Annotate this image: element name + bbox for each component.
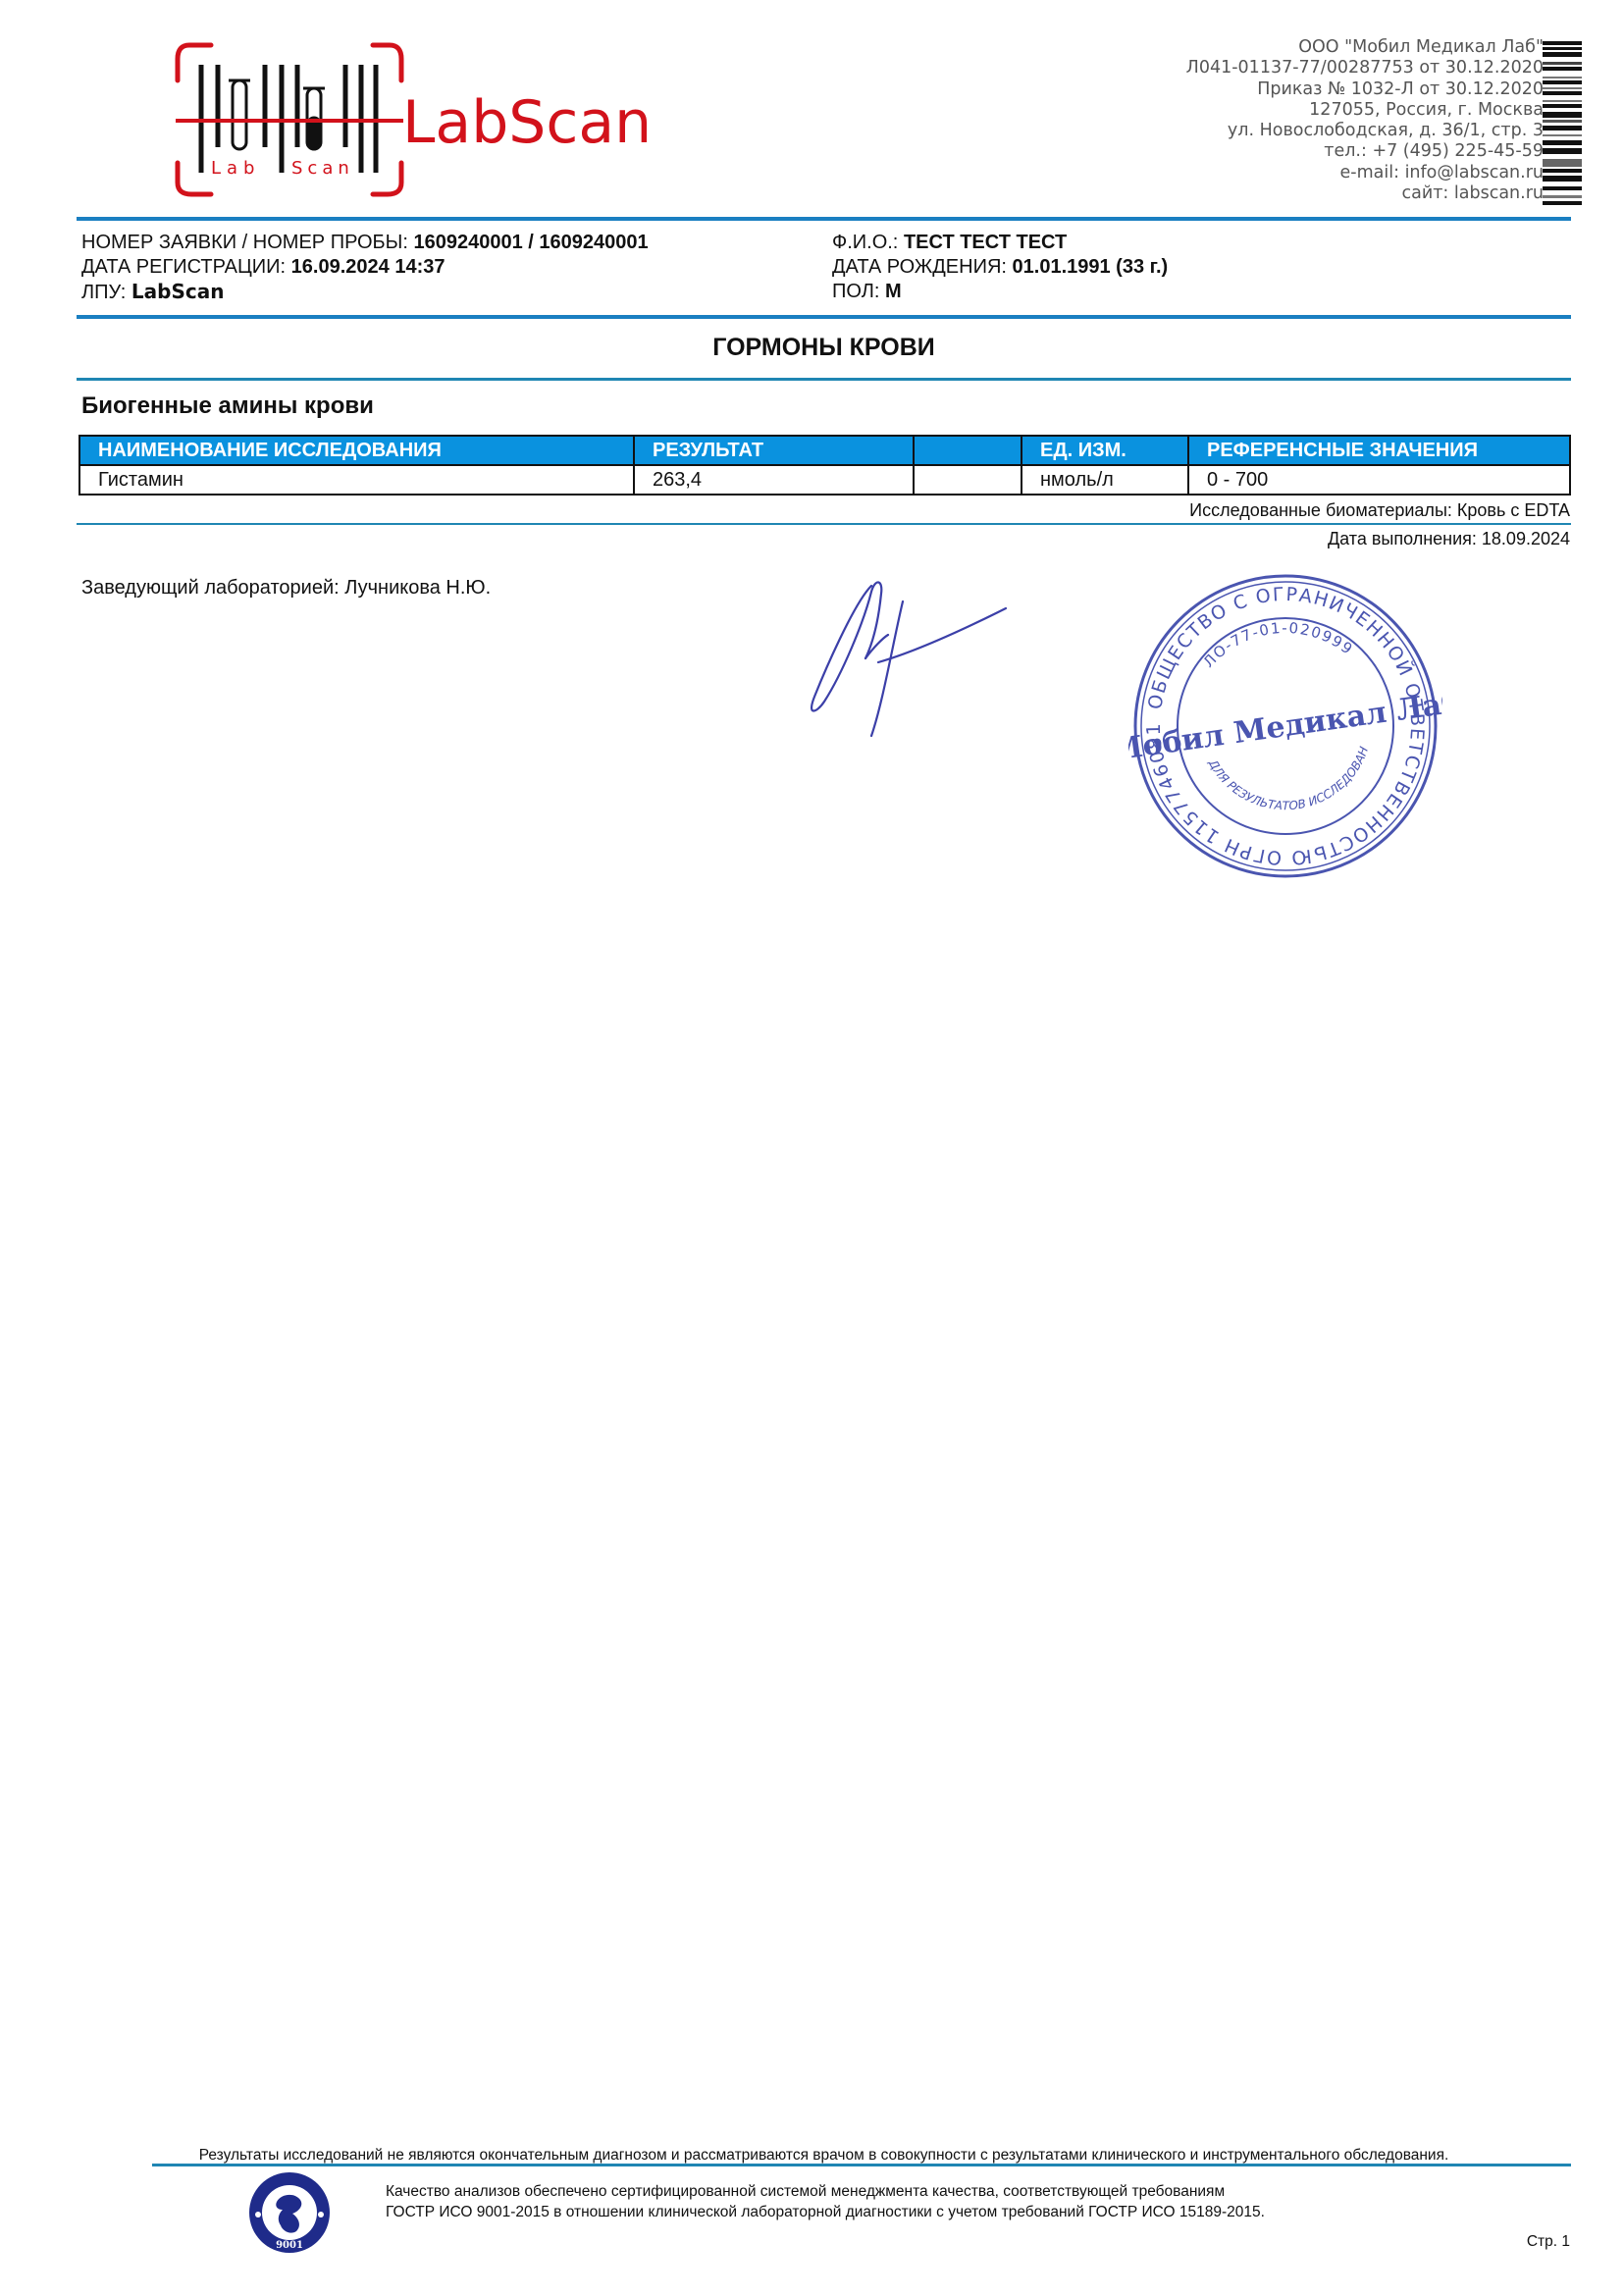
units-cell: нмоль/л	[1022, 465, 1188, 495]
result-cell: 263,4	[634, 465, 914, 495]
biomaterial-divider	[77, 523, 1571, 525]
iso-certification-icon: 9001	[247, 2170, 332, 2255]
biomaterial-note: Исследованные биоматериалы: Кровь с EDTA	[1189, 500, 1570, 521]
svg-text:9001: 9001	[276, 2240, 303, 2251]
header-divider-bottom	[77, 315, 1571, 319]
section-title: Биогенные амины крови	[81, 392, 374, 420]
lpu-label: ЛПУ:	[81, 282, 126, 303]
company-street: ул. Новослободская, д. 36/1, стр. 3	[1033, 121, 1544, 141]
footer-divider	[152, 2164, 1571, 2166]
patient-name-row: Ф.И.О.: ТЕСТ ТЕСТ ТЕСТ	[832, 231, 1168, 255]
labscan-logo: Lab Scan LabScan	[172, 39, 662, 201]
column-header-test-name: НАИМЕНОВАНИЕ ИССЛЕДОВАНИЯ	[79, 436, 634, 465]
column-header-result: РЕЗУЛЬТАТ	[634, 436, 914, 465]
page-number: Стр. 1	[1527, 2233, 1570, 2251]
company-info: ООО "Мобил Медикал Лаб" Л041-01137-77/00…	[1033, 37, 1544, 204]
barcode-logo-icon: Lab Scan	[172, 39, 407, 201]
lpu-value: LabScan	[131, 280, 225, 303]
company-site: сайт: labscan.ru	[1033, 183, 1544, 204]
quality-line-2: ГОСТР ИСО 9001-2015 в отношении клиничес…	[386, 2202, 1265, 2222]
patient-info: Ф.И.О.: ТЕСТ ТЕСТ ТЕСТ ДАТА РОЖДЕНИЯ: 01…	[832, 231, 1168, 304]
birth-date-value: 01.01.1991 (33 г.)	[1013, 256, 1169, 278]
report-title: ГОРМОНЫ КРОВИ	[77, 334, 1571, 362]
sex-value: М	[885, 281, 902, 302]
table-header-row: НАИМЕНОВАНИЕ ИССЛЕДОВАНИЯ РЕЗУЛЬТАТ ЕД. …	[79, 436, 1570, 465]
reference-cell: 0 - 700	[1188, 465, 1570, 495]
registration-date-value: 16.09.2024 14:37	[291, 256, 445, 278]
column-header-units: ЕД. ИЗМ.	[1022, 436, 1188, 465]
test-name-cell: Гистамин	[79, 465, 634, 495]
birth-date-row: ДАТА РОЖДЕНИЯ: 01.01.1991 (33 г.)	[832, 255, 1168, 280]
svg-text:Scan: Scan	[291, 158, 354, 179]
barcode-icon	[1543, 41, 1582, 210]
company-phone: тел.: +7 (495) 225-45-59	[1033, 141, 1544, 162]
registration-date-row: ДАТА РЕГИСТРАЦИИ: 16.09.2024 14:37	[81, 255, 649, 280]
company-name: ООО "Мобил Медикал Лаб"	[1033, 37, 1544, 58]
sex-row: ПОЛ: М	[832, 280, 1168, 304]
patient-name-label: Ф.И.О.:	[832, 232, 898, 253]
company-license: Л041-01137-77/00287753 от 30.12.2020	[1033, 58, 1544, 78]
registration-date-label: ДАТА РЕГИСТРАЦИИ:	[81, 256, 286, 278]
lpu-row: ЛПУ: LabScan	[81, 280, 649, 305]
completion-date: Дата выполнения: 18.09.2024	[1328, 529, 1570, 549]
birth-date-label: ДАТА РОЖДЕНИЯ:	[832, 256, 1007, 278]
title-divider	[77, 378, 1571, 381]
quality-statement: Качество анализов обеспечено сертифициро…	[386, 2181, 1265, 2222]
sex-label: ПОЛ:	[832, 281, 879, 302]
column-header-flag	[914, 436, 1022, 465]
company-order: Приказ № 1032-Л от 30.12.2020	[1033, 79, 1544, 100]
signature-icon	[746, 564, 1040, 760]
company-stamp-icon: ОБЩЕСТВО С ОГРАНИЧЕННОЙ ОТВЕТСТВЕННОСТЬЮ…	[1128, 569, 1442, 883]
results-table: НАИМЕНОВАНИЕ ИССЛЕДОВАНИЯ РЕЗУЛЬТАТ ЕД. …	[79, 435, 1571, 496]
order-number-value: 1609240001 / 1609240001	[413, 232, 648, 253]
order-number-label: НОМЕР ЗАЯВКИ / НОМЕР ПРОБЫ:	[81, 232, 408, 253]
order-number-row: НОМЕР ЗАЯВКИ / НОМЕР ПРОБЫ: 1609240001 /…	[81, 231, 649, 255]
company-city: 127055, Россия, г. Москва	[1033, 100, 1544, 121]
head-of-lab: Заведующий лабораторией: Лучникова Н.Ю.	[81, 577, 491, 600]
svg-text:«Мобил Медикал Лаб»: «Мобил Медикал Лаб»	[1128, 682, 1442, 770]
disclaimer: Результаты исследований не являются окон…	[77, 2147, 1571, 2165]
column-header-reference: РЕФЕРЕНСНЫЕ ЗНАЧЕНИЯ	[1188, 436, 1570, 465]
svg-text:Lab: Lab	[211, 158, 260, 179]
flag-cell	[914, 465, 1022, 495]
table-row: Гистамин 263,4 нмоль/л 0 - 700	[79, 465, 1570, 495]
header-divider-top	[77, 217, 1571, 221]
quality-line-1: Качество анализов обеспечено сертифициро…	[386, 2181, 1265, 2202]
order-info: НОМЕР ЗАЯВКИ / НОМЕР ПРОБЫ: 1609240001 /…	[81, 231, 649, 305]
company-email: e-mail: info@labscan.ru	[1033, 163, 1544, 183]
patient-name-value: ТЕСТ ТЕСТ ТЕСТ	[904, 232, 1067, 253]
logo-wordmark: LabScan	[402, 88, 652, 157]
svg-text:ЛО-77-01-020999: ЛО-77-01-020999	[1200, 619, 1357, 671]
